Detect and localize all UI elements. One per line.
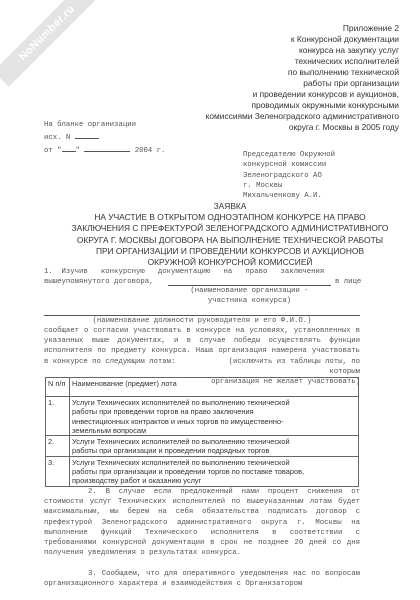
- title-line: ОКРУГА Г. МОСКВЫ ДОГОВОРА НА ВЫПОЛНЕНИЕ …: [40, 235, 420, 246]
- appendix-line: технических исполнителей: [149, 56, 399, 67]
- outgoing-prefix: исх. N: [44, 134, 70, 142]
- appendix-line: Приложение 2: [149, 23, 399, 34]
- title-line: НА УЧАСТИЕ В ОТКРЫТОМ ОДНОЭТАПНОМ КОНКУР…: [40, 212, 420, 223]
- date-day-field[interactable]: [62, 143, 76, 152]
- header-number: N п/п: [46, 378, 70, 397]
- date-month-field[interactable]: [84, 143, 130, 152]
- appendix-line: конкурса на закупку услуг: [149, 45, 399, 56]
- title-line: ЗАКЛЮЧЕНИЯ С ПРЕФЕКТУРОЙ ЗЕЛЕНОГРАДСКОГО…: [40, 223, 420, 234]
- addressee-line: Председателю Окружной: [243, 150, 335, 160]
- addressee-block: Председателю Окружной конкурсной комисси…: [243, 150, 335, 201]
- addressee-line: Михальченкову А.И.: [243, 191, 335, 201]
- lot-number: 1.: [46, 397, 70, 436]
- table-row[interactable]: 2. Услуги Технических исполнителей по вы…: [46, 436, 359, 457]
- date-quote: ": [76, 147, 80, 155]
- appendix-line: по выполнению технической: [149, 67, 399, 78]
- org-caption-line: (наименование организации -: [168, 286, 331, 296]
- date-prefix: от ": [44, 147, 62, 155]
- section3: 3. Сообщаем, что для оперативного уведом…: [44, 569, 360, 589]
- outgoing-number-field[interactable]: [75, 130, 99, 139]
- addressee-line: конкурсной комиссии: [243, 160, 335, 170]
- appendix-line: комиссиями Зеленоградского административ…: [149, 111, 399, 122]
- appendix-line: работы при организации: [149, 78, 399, 89]
- lot-number: 3.: [46, 456, 70, 486]
- lot-name: Услуги Технических исполнителей по выпол…: [70, 397, 359, 436]
- letterhead-label: На бланке организации: [44, 120, 165, 130]
- appendix-line: проводимых окружными конкурсными: [149, 100, 399, 111]
- addressee-line: г. Москвы: [243, 181, 335, 191]
- org-caption-line: участника конкурса): [168, 296, 331, 306]
- addressee-line: Зеленоградского АО: [243, 171, 335, 181]
- head-caption: (наименование должности руководителя и е…: [44, 316, 360, 326]
- table-row[interactable]: 1. Услуги Технических исполнителей по вы…: [46, 397, 359, 436]
- letterhead: На бланке организации исх. N от "" 2004 …: [44, 120, 165, 156]
- lot-number: 2.: [46, 436, 70, 457]
- org-caption: (наименование организации - участника ко…: [168, 286, 331, 306]
- title-line: ЗАЯВКА: [40, 201, 420, 212]
- document-title: ЗАЯВКА НА УЧАСТИЕ В ОТКРЫТОМ ОДНОЭТАПНОМ…: [40, 201, 420, 268]
- title-line: ПРИ ОРГАНИЗАЦИИ И ПРОВЕДЕНИИ КОНКУРСОВ И…: [40, 246, 420, 257]
- table-header-row: N п/п Наименование (предмет) лота: [46, 378, 359, 397]
- date-year: 2004 г.: [135, 147, 166, 155]
- section1-line2-end: в лице: [335, 277, 361, 287]
- watermark: NoNumber.ru: [0, 0, 101, 87]
- exclude-note-line: (исключить из таблицы лоты, по которым: [200, 357, 360, 377]
- outgoing-number: исх. N: [44, 130, 165, 143]
- appendix-header: Приложение 2 к Конкурсной документации к…: [149, 23, 399, 133]
- section1-line1: 1. Изучив конкурсную документацию на пра…: [44, 267, 360, 277]
- section1-line2-start: вышеупомянутого договора,: [44, 277, 153, 287]
- header-lot-name: Наименование (предмет) лота: [70, 378, 359, 397]
- appendix-line: и проведении конкурсов и аукционов,: [149, 89, 399, 100]
- lot-name: Услуги Технических исполнителей по выпол…: [70, 456, 359, 486]
- section2: 2. В случае если предложенный нами проце…: [44, 487, 360, 558]
- table-row[interactable]: 3. Услуги Технических исполнителей по вы…: [46, 456, 359, 486]
- letter-date: от "" 2004 г.: [44, 143, 165, 156]
- lots-table: N п/п Наименование (предмет) лота 1. Усл…: [45, 377, 359, 487]
- appendix-line: к Конкурсной документации: [149, 34, 399, 45]
- appendix-line: округа г. Москвы в 2005 году: [149, 122, 399, 133]
- lot-name: Услуги Технических исполнителей по выпол…: [70, 436, 359, 457]
